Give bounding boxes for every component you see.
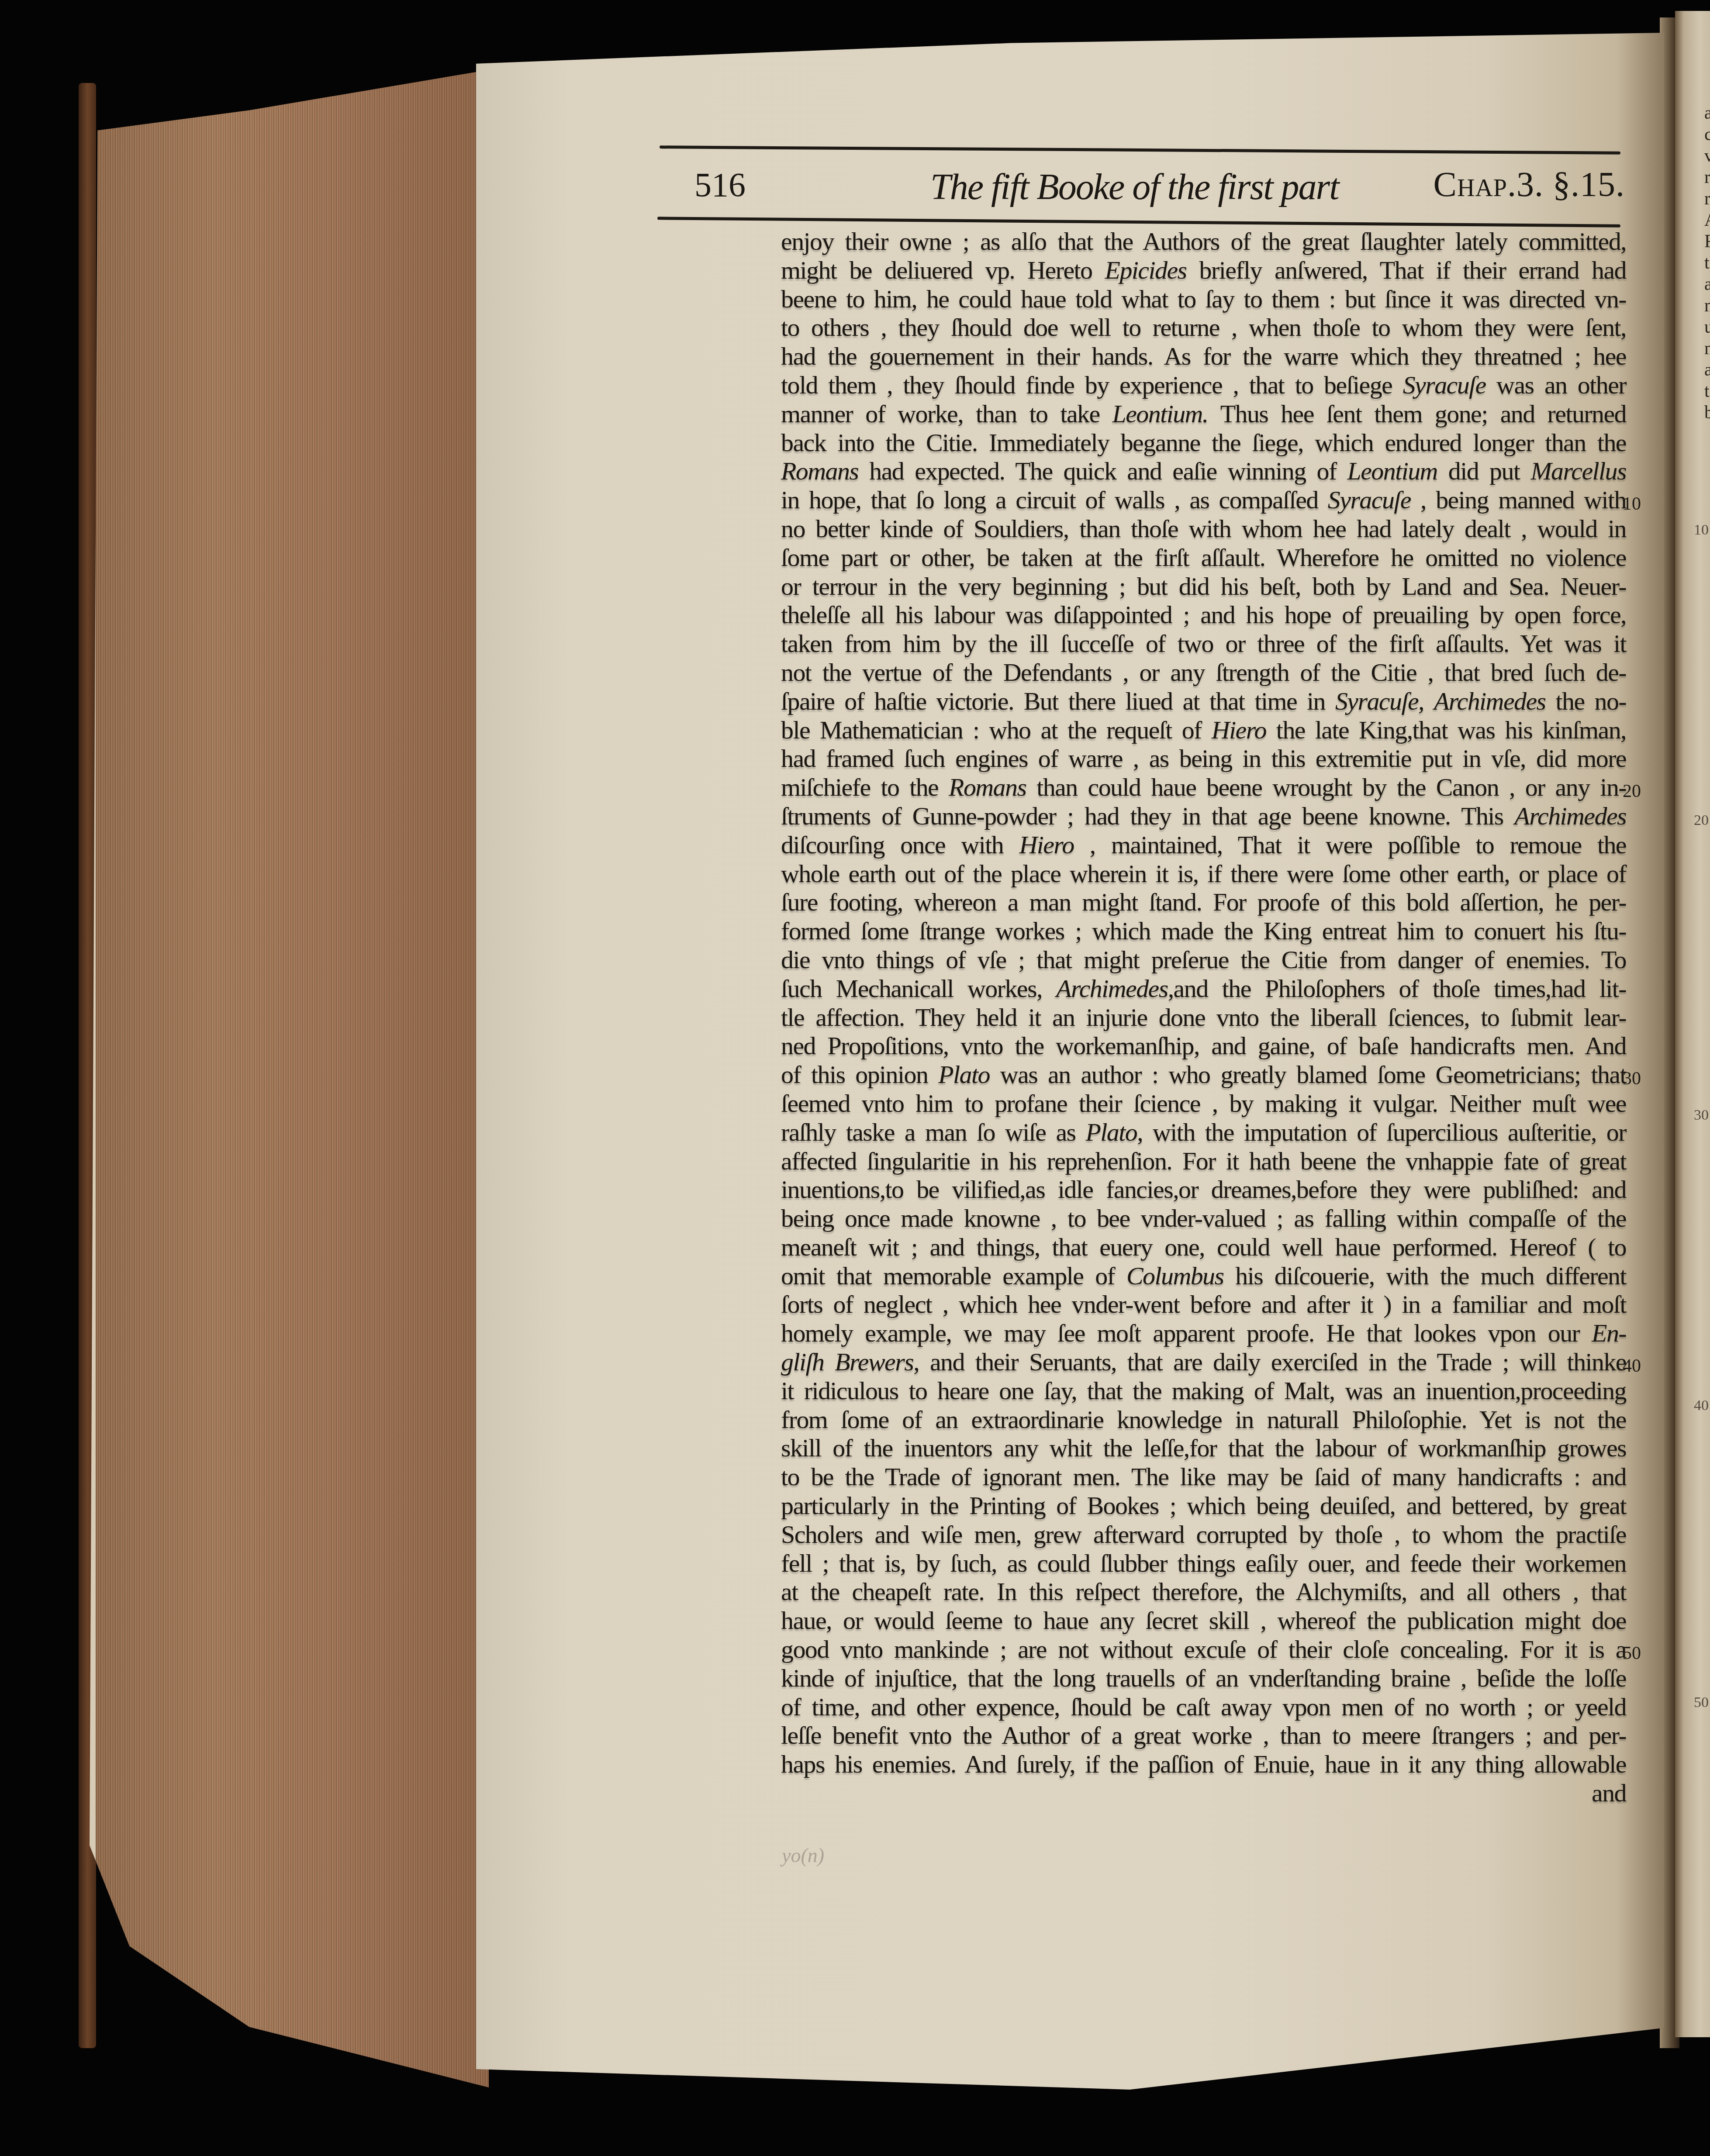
text-run: ble Mathematician : who at the requeſt o… (781, 716, 1212, 744)
text-line: miſchiefe to the Romans than could haue … (781, 773, 1626, 802)
text-line: or terrour in the very beginning ; but d… (781, 572, 1626, 601)
italic-proper-noun: Epicides (1105, 256, 1187, 284)
text-line: not the vertue of the Defendants , or an… (781, 658, 1626, 687)
text-line: might be deliuered vp. Hereto Epicides b… (781, 256, 1626, 285)
text-run: in hope, that ſo long a circuit of walls… (781, 486, 1328, 514)
running-head: 516 The fift Booke of the first part Cha… (694, 162, 1625, 214)
text-line: in hope, that ſo long a circuit of walls… (781, 486, 1626, 514)
text-run: had expected. The quick and eaſie winnin… (858, 457, 1347, 485)
text-line: kinde of injuſtice, that the long trauel… (781, 1664, 1626, 1693)
text-run: , being manned with (1411, 486, 1626, 514)
text-run: ſorts of neglect , which hee vnder-went … (781, 1290, 1626, 1318)
text-run: to be the Trade of ignorant men. The lik… (781, 1463, 1626, 1491)
text-line: no better kinde of Souldiers, than thoſe… (781, 514, 1626, 543)
text-run: Thus hee ſent them gone; and returned (1208, 400, 1626, 428)
text-line: told them , they ſhould finde by experie… (781, 371, 1626, 400)
show-through-text: yo(n) (782, 1844, 824, 1867)
text-run: , maintained, That it were poſſible to r… (1074, 831, 1626, 859)
text-run: , with the imputation of ſupercilious au… (1137, 1118, 1626, 1146)
text-run: inuentions,to be vilified,as idle fancie… (781, 1175, 1626, 1204)
text-line: of this opinion Plato was an author : wh… (781, 1060, 1626, 1089)
italic-proper-noun: Romans (781, 457, 858, 485)
italic-proper-noun: Plato (938, 1060, 990, 1089)
text-line: back into the Citie. Immediately beganne… (781, 428, 1626, 457)
catchword: and (781, 1779, 1626, 1808)
text-run: haue, or would ſeeme to haue any ſecret … (781, 1606, 1626, 1635)
text-line: ſuch Mechanicall workes, Archimedes,and … (781, 974, 1626, 1003)
text-run: omit that memorable example of (781, 1262, 1126, 1290)
italic-proper-noun: Hiero (1212, 716, 1266, 744)
text-run: was an author : who greatly blamed ſome … (990, 1060, 1626, 1089)
text-line: to others , they ſhould doe well to retu… (781, 313, 1626, 342)
text-run: no better kinde of Souldiers, than thoſe… (781, 514, 1626, 543)
text-run: of this opinion (781, 1060, 938, 1089)
text-run: the late King,that was his kinſman, (1266, 716, 1626, 744)
text-run: not the vertue of the Defendants , or an… (781, 658, 1626, 686)
text-line: taken from him by the ill ſucceſſe of tw… (781, 629, 1626, 658)
text-line: tle affection. They held it an injurie d… (781, 1003, 1626, 1032)
text-line: from ſome of an extraordinarie knowledge… (781, 1405, 1626, 1434)
text-line: at the cheapeſt rate. In this reſpect th… (781, 1577, 1626, 1606)
text-run: raſhly taske a man ſo wiſe as (781, 1118, 1086, 1146)
text-line: it ridiculous to heare one ſay, that the… (781, 1376, 1626, 1405)
text-line: ſorts of neglect , which hee vnder-went … (781, 1290, 1626, 1319)
text-run: briefly anſwered, That if their errand h… (1187, 256, 1626, 284)
text-run: miſchiefe to the (781, 773, 949, 801)
text-run: from ſome of an extraordinarie knowledge… (781, 1405, 1626, 1434)
margin-line-number: 20 (1623, 781, 1641, 802)
text-run: good vnto mankinde ; are not without exc… (781, 1635, 1626, 1663)
text-line: meaneſt wit ; and things, that euery one… (781, 1233, 1626, 1262)
text-run: enjoy their owne ; as alſo that the Auth… (781, 227, 1626, 255)
margin-line-number: 40 (1623, 1356, 1641, 1376)
text-run: ſeemed vnto him to profane their ſcience… (781, 1089, 1626, 1118)
text-line: being once made knowne , to bee vnder-va… (781, 1204, 1626, 1233)
text-run: ſtruments of Gunne-powder ; had they in … (781, 802, 1514, 830)
text-line: theleſſe all his labour was diſappointed… (781, 600, 1626, 629)
text-run: had framed ſuch engines of warre , as be… (781, 744, 1626, 773)
text-line: ſeemed vnto him to profane their ſcience… (781, 1089, 1626, 1118)
text-line: Scholers and wiſe men, grew afterward co… (781, 1520, 1626, 1549)
text-run: fell ; that is, by ſuch, as could ſlubbe… (781, 1549, 1626, 1577)
text-run: kinde of injuſtice, that the long trauel… (781, 1664, 1626, 1692)
italic-proper-noun: Archimedes (1056, 974, 1168, 1003)
text-run: ſpaire of haſtie victorie. But there liu… (781, 687, 1335, 715)
italic-proper-noun: gliſh Brewers (781, 1348, 913, 1376)
italic-proper-noun: Plato (1086, 1118, 1137, 1146)
facing-page-visible-letters: a c v r r A F t a n u n a t b (1704, 103, 1710, 424)
text-run: back into the Citie. Immediately beganne… (781, 428, 1626, 457)
text-line: Romans had expected. The quick and eaſie… (781, 457, 1626, 486)
text-run: being once made knowne , to bee vnder-va… (781, 1204, 1626, 1232)
text-line: raſhly taske a man ſo wiſe as Plato, wit… (781, 1118, 1626, 1147)
text-line: skill of the inuentors any whit the leſſ… (781, 1434, 1626, 1463)
text-run: Scholers and wiſe men, grew afterward co… (781, 1520, 1626, 1549)
text-run: was an other (1486, 371, 1626, 399)
text-run: die vnto things of vſe ; that might preſ… (781, 945, 1626, 974)
text-run: did put (1437, 457, 1530, 485)
italic-proper-noun: Syracuſe (1403, 371, 1486, 399)
text-line: of time, and other expence, ſhould be ca… (781, 1693, 1626, 1721)
italic-proper-noun: Hiero (1019, 831, 1074, 859)
text-run: skill of the inuentors any whit the leſſ… (781, 1434, 1626, 1462)
margin-line-number: 30 (1623, 1068, 1641, 1089)
text-line: had framed ſuch engines of warre , as be… (781, 744, 1626, 773)
facing-line-number: 50 (1694, 1694, 1709, 1711)
text-run: of time, and other expence, ſhould be ca… (781, 1693, 1626, 1721)
text-run: diſcourſing once with (781, 831, 1019, 859)
text-run: leſſe benefit vnto the Author of a great… (781, 1721, 1626, 1749)
text-run: manner of worke, than to take (781, 400, 1112, 428)
text-run: might be deliuered vp. Hereto (781, 256, 1105, 284)
text-run: meaneſt wit ; and things, that euery one… (781, 1233, 1626, 1261)
text-line: haps his enemies. And ſurely, if the paſ… (781, 1750, 1626, 1779)
text-run: his diſcouerie, with the much different (1224, 1262, 1627, 1290)
italic-proper-noun: Syracuſe (1328, 486, 1411, 514)
text-line: diſcourſing once with Hiero , maintained… (781, 831, 1626, 859)
body-text: enjoy their owne ; as alſo that the Auth… (781, 227, 1626, 1808)
italic-proper-noun: Leontium (1347, 457, 1437, 485)
text-run: told them , they ſhould finde by experie… (781, 371, 1403, 399)
chapter-section: Chap.3. §.15. (1434, 165, 1625, 205)
text-line: haue, or would ſeeme to haue any ſecret … (781, 1606, 1626, 1635)
text-run: whole earth out of the place wherein it … (781, 859, 1626, 888)
facing-line-number: 20 (1694, 812, 1709, 829)
text-line: to be the Trade of ignorant men. The lik… (781, 1463, 1626, 1491)
text-run: at the cheapeſt rate. In this reſpect th… (781, 1577, 1626, 1606)
italic-proper-noun: Archimedes (1434, 687, 1546, 715)
text-line: ſpaire of haſtie victorie. But there liu… (781, 687, 1626, 716)
facing-line-number: 40 (1694, 1397, 1709, 1414)
margin-line-number: 50 (1623, 1643, 1641, 1664)
margin-line-number: 10 (1623, 493, 1641, 514)
text-run: ſure footing, whereon a man might ſtand.… (781, 888, 1626, 916)
text-line: whole earth out of the place wherein it … (781, 859, 1626, 888)
text-run: ſome part or other, be taken at the firſ… (781, 543, 1626, 572)
text-run: formed ſome ſtrange workes ; which made … (781, 917, 1626, 945)
text-line: ſome part or other, be taken at the firſ… (781, 543, 1626, 572)
text-line: ble Mathematician : who at the requeſt o… (781, 716, 1626, 745)
italic-proper-noun: Romans (949, 773, 1026, 801)
text-run: beene to him, he could haue told what to… (781, 285, 1626, 313)
text-line: ſtruments of Gunne-powder ; had they in … (781, 802, 1626, 831)
text-line: particularly in the Printing of Bookes ;… (781, 1491, 1626, 1520)
text-line: die vnto things of vſe ; that might preſ… (781, 945, 1626, 974)
italic-proper-noun: Leontium. (1112, 400, 1208, 428)
text-line: enjoy their owne ; as alſo that the Auth… (781, 227, 1626, 256)
text-run: than could haue beene wrought by the Can… (1026, 773, 1626, 801)
text-run: ,and the Philoſophers of thoſe times,had… (1168, 974, 1626, 1003)
text-line: ſure footing, whereon a man might ſtand.… (781, 888, 1626, 917)
text-line: affected ſingularitie in his reprehenſio… (781, 1147, 1626, 1176)
text-line: good vnto mankinde ; are not without exc… (781, 1635, 1626, 1664)
text-line: formed ſome ſtrange workes ; which made … (781, 917, 1626, 945)
book-title: The fift Booke of the first part (930, 166, 1339, 208)
text-run: haps his enemies. And ſurely, if the paſ… (781, 1750, 1626, 1778)
italic-proper-noun: En- (1592, 1319, 1626, 1347)
text-run: had the gouernement in their hands. As f… (781, 342, 1626, 370)
text-run: tle affection. They held it an injurie d… (781, 1003, 1626, 1031)
text-run: homely example, we may ſee moſt apparent… (781, 1319, 1592, 1347)
text-run: the no- (1546, 687, 1626, 715)
text-run: it ridiculous to heare one ſay, that the… (781, 1376, 1626, 1405)
text-run (1424, 687, 1434, 715)
text-line: fell ; that is, by ſuch, as could ſlubbe… (781, 1549, 1626, 1578)
text-run: ned Propoſitions, vnto the workemanſhip,… (781, 1031, 1626, 1060)
text-line: ned Propoſitions, vnto the workemanſhip,… (781, 1031, 1626, 1060)
text-run: taken from him by the ill ſucceſſe of tw… (781, 629, 1626, 658)
text-run: , and their Seruants, that are daily exe… (913, 1348, 1626, 1376)
italic-proper-noun: Columbus (1126, 1262, 1223, 1290)
text-line: manner of worke, than to take Leontium. … (781, 400, 1626, 428)
italic-proper-noun: Marcellus (1530, 457, 1626, 485)
text-line: had the gouernement in their hands. As f… (781, 342, 1626, 371)
italic-proper-noun: Archimedes (1514, 802, 1626, 830)
text-line: beene to him, he could haue told what to… (781, 285, 1626, 314)
text-run: theleſſe all his labour was diſappointed… (781, 600, 1626, 629)
text-run: or terrour in the very beginning ; but d… (781, 572, 1626, 600)
text-line: inuentions,to be vilified,as idle fancie… (781, 1175, 1626, 1204)
text-run: particularly in the Printing of Bookes ;… (781, 1491, 1626, 1520)
italic-proper-noun: Syracuſe, (1335, 687, 1424, 715)
facing-line-number: 10 (1694, 522, 1709, 538)
text-run: to others , they ſhould doe well to retu… (781, 313, 1626, 342)
book-fore-edge (90, 70, 489, 2087)
text-line: homely example, we may ſee moſt apparent… (781, 1319, 1626, 1348)
text-run: affected ſingularitie in his reprehenſio… (781, 1147, 1626, 1175)
page-number: 516 (694, 165, 746, 204)
text-run: ſuch Mechanicall workes, (781, 974, 1056, 1003)
facing-line-number: 30 (1694, 1107, 1709, 1124)
text-line: omit that memorable example of Columbus … (781, 1262, 1626, 1290)
text-line: leſſe benefit vnto the Author of a great… (781, 1721, 1626, 1750)
text-line: gliſh Brewers, and their Seruants, that … (781, 1348, 1626, 1376)
